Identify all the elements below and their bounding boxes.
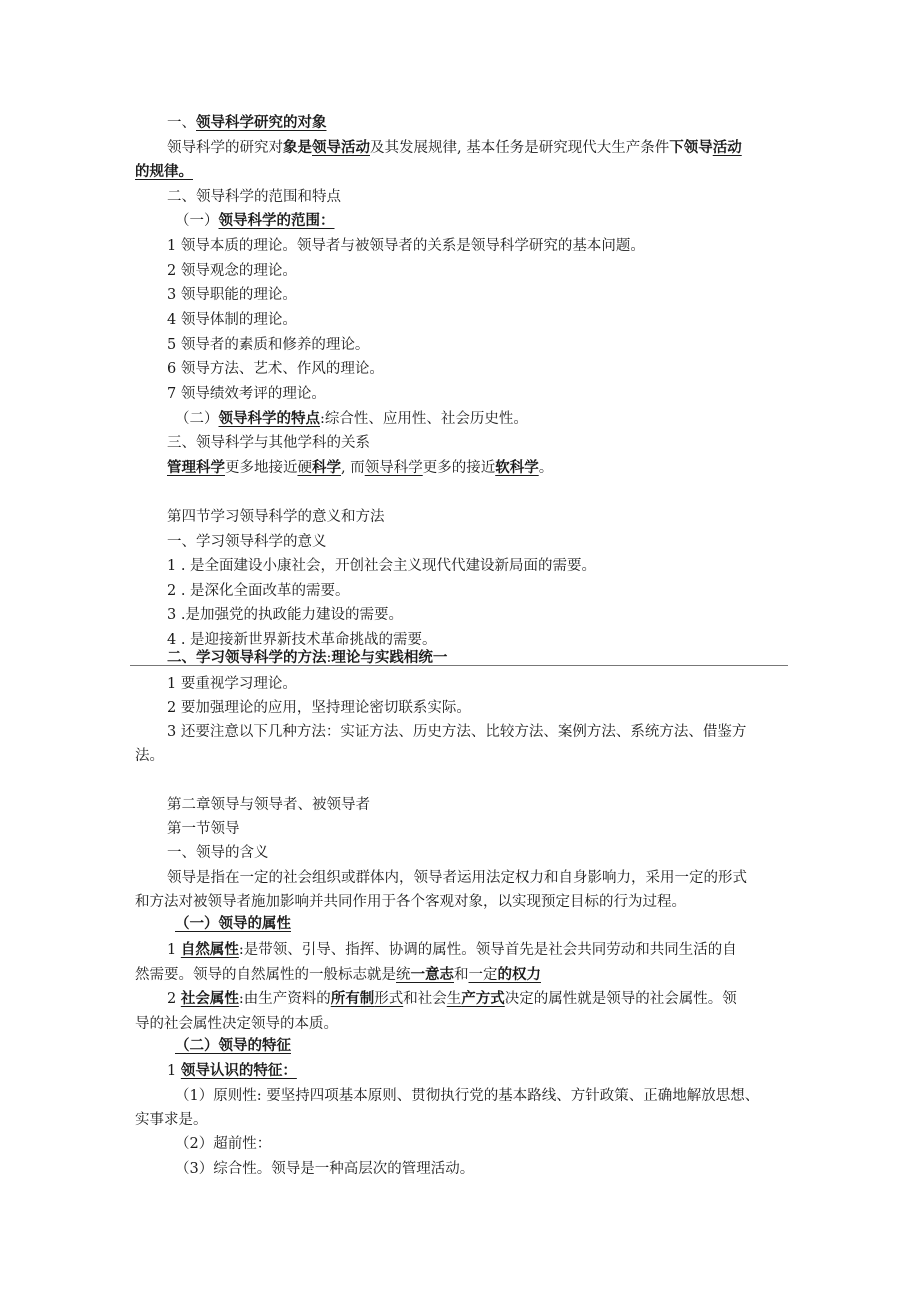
emphasized-text: 管理科学 <box>167 459 225 476</box>
text-line: （一）领导科学的范围： <box>175 211 335 231</box>
text-line: 实事求是。 <box>135 1110 208 1130</box>
text-line: 管理科学更多地接近硬科学, 而领导科学更多的接近软科学。 <box>167 458 553 478</box>
text-run: （二） <box>175 411 219 427</box>
text-line: 第四节学习领导科学的意义和方法 <box>167 507 385 527</box>
text-line: 一、领导科学研究的对象 <box>167 113 327 133</box>
text-line: 3 领导职能的理论。 <box>167 285 297 305</box>
text-line: 第二章领导与领导者、被领导者 <box>167 795 370 815</box>
emphasized-text: 软科学 <box>495 459 539 476</box>
text-run: 4 . 是迎接新世界新技术革命挑战的需要。 <box>167 632 437 648</box>
text-run: 1 <box>167 1063 181 1079</box>
text-run: 更多的接近 <box>423 460 496 476</box>
text-run: 2 <box>167 991 181 1007</box>
text-run: :由生产资料的 <box>239 991 331 1007</box>
text-run: 三、领导科学与其他学科的关系 <box>167 435 370 451</box>
text-line: 第一节领导 <box>167 819 240 839</box>
text-line: 2 . 是深化全面改革的需要。 <box>167 581 350 601</box>
text-line: （一）领导的属性 <box>175 914 291 934</box>
emphasized-text: 自然属性 <box>181 941 239 958</box>
text-line: 1 领导本质的理论。领导者与被领导者的关系是领导科学研究的基本问题。 <box>167 236 645 256</box>
emphasized-text: 科学 <box>312 459 341 476</box>
text-run: （一） <box>175 213 219 229</box>
emphasized-text: （一）领导的属性 <box>175 915 291 932</box>
emphasized-text: 领导认识的特征： <box>181 1062 297 1079</box>
text-line: 三、领导科学与其他学科的关系 <box>167 433 370 453</box>
text-line: 6 领导方法、艺术、作风的理论。 <box>167 359 384 379</box>
text-run: 3 领导职能的理论。 <box>167 287 297 303</box>
emphasized-text: 的规律。 <box>135 163 193 180</box>
text-run: :是带领、引导、指挥、协调的属性。领导首先是社会共同劳动和共同生活的自 <box>239 942 737 958</box>
text-line: 1 领导认识的特征： <box>167 1061 297 1081</box>
emphasized-text: 领导活动 <box>312 139 370 156</box>
text-line: （3）综合性。领导是一种高层次的管理活动。 <box>175 1159 474 1179</box>
text-line: （2）超前性： <box>175 1134 271 1154</box>
emphasized-text: 形式 <box>374 991 403 1007</box>
text-run: （3）综合性。领导是一种高层次的管理活动。 <box>175 1161 474 1177</box>
text-line: 5 领导者的素质和修养的理论。 <box>167 335 369 355</box>
text-line: 和方法对被领导者施加影响并共同作用于各个客观对象，以实现预定目标的行为过程。 <box>135 892 686 912</box>
text-line: 法。 <box>135 746 164 766</box>
emphasized-text: 领导科学 <box>365 460 423 476</box>
text-run: 7 领导绩效考评的理论。 <box>167 386 326 402</box>
text-line: 导的社会属性决定领导的本质。 <box>135 1014 338 1034</box>
text-run: 第四节学习领导科学的意义和方法 <box>167 509 385 525</box>
emphasized-text: 理论与实践相统一 <box>331 649 447 666</box>
emphasized-text: 领导科学的特点 <box>219 410 321 427</box>
text-run: 1 . 是全面建设小康社会，开创社会主义现代代建设新局面的需要。 <box>167 558 596 574</box>
emphasized-text: 活动 <box>713 139 742 156</box>
text-line: 3 还要注意以下几种方法：实证方法、历史方法、比较方法、案例方法、系统方法、借鉴… <box>167 722 746 742</box>
text-line: 的规律。 <box>135 162 193 182</box>
emphasized-text: 产方式 <box>461 990 505 1007</box>
text-run: 更多地接近 <box>225 460 298 476</box>
text-run: 6 领导方法、艺术、作风的理论。 <box>167 361 384 377</box>
emphasized-text: （二）领导的特征 <box>175 1037 291 1054</box>
text-run: , 而 <box>341 460 365 476</box>
text-run: 4 领导体制的理论。 <box>167 312 297 328</box>
text-line: 4 . 是迎接新世界新技术革命挑战的需要。 <box>167 630 437 650</box>
text-run: 第一节领导 <box>167 821 240 837</box>
text-run: 一、 <box>167 115 196 131</box>
text-run: 5 领导者的素质和修养的理论。 <box>167 337 369 353</box>
text-run: 1 要重视学习理论。 <box>167 676 297 692</box>
text-run: 一、学习领导科学的意义 <box>167 534 327 550</box>
text-run: 然需要。领导的自然属性的一般标志就是 <box>135 967 396 983</box>
text-line: 2 社会属性:由生产资料的所有制形式和社会生产方式决定的属性就是领导的社会属性。… <box>167 989 737 1009</box>
text-line: 1 要重视学习理论。 <box>167 674 297 694</box>
text-line: 3 .是加强党的执政能力建设的需要。 <box>167 605 403 625</box>
text-run: 一、领导的含义 <box>167 845 269 861</box>
text-run: 3 .是加强党的执政能力建设的需要。 <box>167 607 403 623</box>
horizontal-rule <box>130 665 788 666</box>
text-run: 第二章领导与领导者、被领导者 <box>167 797 370 813</box>
emphasized-text: 社会属性 <box>181 990 239 1007</box>
text-line: 4 领导体制的理论。 <box>167 310 297 330</box>
emphasized-text: 生 <box>447 991 462 1007</box>
text-run: 导的社会属性决定领导的本质。 <box>135 1016 338 1032</box>
emphasized-text: 统 <box>396 967 411 983</box>
emphasized-text: 领导科学研究的对象 <box>196 114 327 131</box>
emphasized-text: 二、学习领导科学的方法 <box>167 649 327 666</box>
text-line: 二、领导科学的范围和特点 <box>167 187 341 207</box>
text-line: （二）领导科学的特点:综合性、应用性、社会历史性。 <box>175 409 528 429</box>
text-line: 7 领导绩效考评的理论。 <box>167 384 326 404</box>
text-run: 领导科学的研究对 <box>167 140 283 156</box>
text-run: :综合性、应用性、社会历史性。 <box>320 411 528 427</box>
text-run: 1 领导本质的理论。领导者与被领导者的关系是领导科学研究的基本问题。 <box>167 238 645 254</box>
text-run: （2）超前性： <box>175 1136 271 1152</box>
text-line: （1）原则性: 要坚持四项基本原则、贯彻执行党的基本路线、方针政策、正确地解放思… <box>175 1086 759 1106</box>
text-run: 1 <box>167 942 181 958</box>
text-run: 二、领导科学的范围和特点 <box>167 189 341 205</box>
text-line: 1 自然属性:是带领、引导、指挥、协调的属性。领导首先是社会共同劳动和共同生活的… <box>167 940 737 960</box>
emphasized-text: 硬 <box>298 460 313 476</box>
text-run: 决定的属性就是领导的社会属性。领 <box>505 991 737 1007</box>
text-run: 2 领导观念的理论。 <box>167 263 297 279</box>
text-line: 2 要加强理论的应用，坚持理论密切联系实际。 <box>167 698 471 718</box>
emphasized-text: 象是 <box>283 139 312 156</box>
text-run: 2 要加强理论的应用，坚持理论密切联系实际。 <box>167 700 471 716</box>
text-run: 和社会 <box>403 991 447 1007</box>
text-run: 和方法对被领导者施加影响并共同作用于各个客观对象，以实现预定目标的行为过程。 <box>135 894 686 910</box>
emphasized-text: 领导科学的范围： <box>219 212 335 229</box>
emphasized-text: 一定 <box>469 967 498 983</box>
text-line: 然需要。领导的自然属性的一般标志就是统一意志和一定的权力 <box>135 965 541 985</box>
emphasized-text: 的权力 <box>498 966 542 983</box>
text-run: 法。 <box>135 748 164 764</box>
text-line: 领导科学的研究对象是领导活动及其发展规律, 基本任务是研究现代大生产条件下领导活… <box>167 138 742 158</box>
document-page: 一、领导科学研究的对象领导科学的研究对象是领导活动及其发展规律, 基本任务是研究… <box>0 0 920 1301</box>
text-run: （1）原则性: 要坚持四项基本原则、贯彻执行党的基本路线、方针政策、正确地解放思… <box>175 1088 759 1104</box>
text-run: 领导是指在一定的社会组织或群体内，领导者运用法定权力和自身影响力，采用一定的形式 <box>167 870 747 886</box>
text-line: 领导是指在一定的社会组织或群体内，领导者运用法定权力和自身影响力，采用一定的形式 <box>167 868 747 888</box>
text-line: 一、领导的含义 <box>167 843 269 863</box>
text-line: 一、学习领导科学的意义 <box>167 532 327 552</box>
text-run: 实事求是。 <box>135 1112 208 1128</box>
text-run: 。 <box>539 460 554 476</box>
text-line: 1 . 是全面建设小康社会，开创社会主义现代代建设新局面的需要。 <box>167 556 596 576</box>
text-run: 3 还要注意以下几种方法：实证方法、历史方法、比较方法、案例方法、系统方法、借鉴… <box>167 724 746 740</box>
emphasized-text: 所有制 <box>331 990 375 1007</box>
text-line: （二）领导的特征 <box>175 1036 291 1056</box>
text-run: 和 <box>454 967 469 983</box>
text-run: 及其发展规律, 基本任务是研究现代大生产条件 <box>370 140 669 156</box>
emphasized-text: 一意志 <box>411 966 455 983</box>
text-run: 2 . 是深化全面改革的需要。 <box>167 583 350 599</box>
text-line: 2 领导观念的理论。 <box>167 261 297 281</box>
emphasized-text: 下领导 <box>669 139 713 156</box>
